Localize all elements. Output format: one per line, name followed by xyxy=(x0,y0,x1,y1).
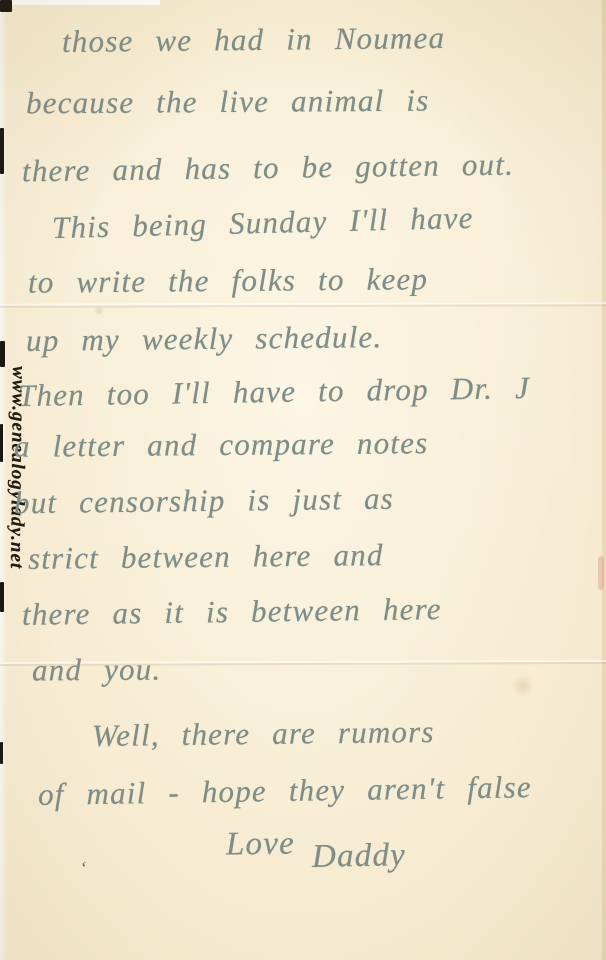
letter-line: to write the folks to keep xyxy=(28,261,428,300)
letter-line: strict between here and xyxy=(28,537,384,577)
scan-artifact xyxy=(0,742,3,764)
signature: Daddy xyxy=(312,837,407,876)
letter-line: Then too I'll have to drop Dr. J xyxy=(18,370,531,414)
letter-line: up my weekly schedule. xyxy=(26,319,383,359)
paper-stain xyxy=(94,306,104,316)
scan-edge-right xyxy=(602,0,606,960)
letter-line: This being Sunday I'll have xyxy=(52,200,474,246)
closing-word: Love xyxy=(226,826,295,864)
letter-line: Well, there are rumors xyxy=(92,714,435,754)
pen-speck: ‘ xyxy=(80,858,86,879)
paper-stain xyxy=(598,556,604,590)
letter-line: there and has to be gotten out. xyxy=(22,147,514,190)
scan-artifact xyxy=(0,128,4,174)
scan-artifact xyxy=(0,341,5,367)
letter-line: and you. xyxy=(32,652,162,689)
fold-crease-upper xyxy=(0,302,606,308)
letter-line: because the live animal is xyxy=(26,83,430,122)
paper-stain xyxy=(510,676,536,696)
scan-artifact xyxy=(0,424,3,462)
letter-line: those we had in Noumea xyxy=(62,20,446,60)
scan-artifact xyxy=(0,0,12,12)
letter-line: of mail - hope they aren't false xyxy=(38,769,532,813)
scan-edge-top xyxy=(0,0,160,5)
letter-scan: ‘ www.genealogylady.net those we had in … xyxy=(0,0,606,960)
letter-line: there as it is between here xyxy=(22,591,442,633)
letter-line: a letter and compare notes xyxy=(14,425,429,465)
letter-line: but censorship is just as xyxy=(14,481,394,522)
scan-artifact xyxy=(0,582,4,612)
